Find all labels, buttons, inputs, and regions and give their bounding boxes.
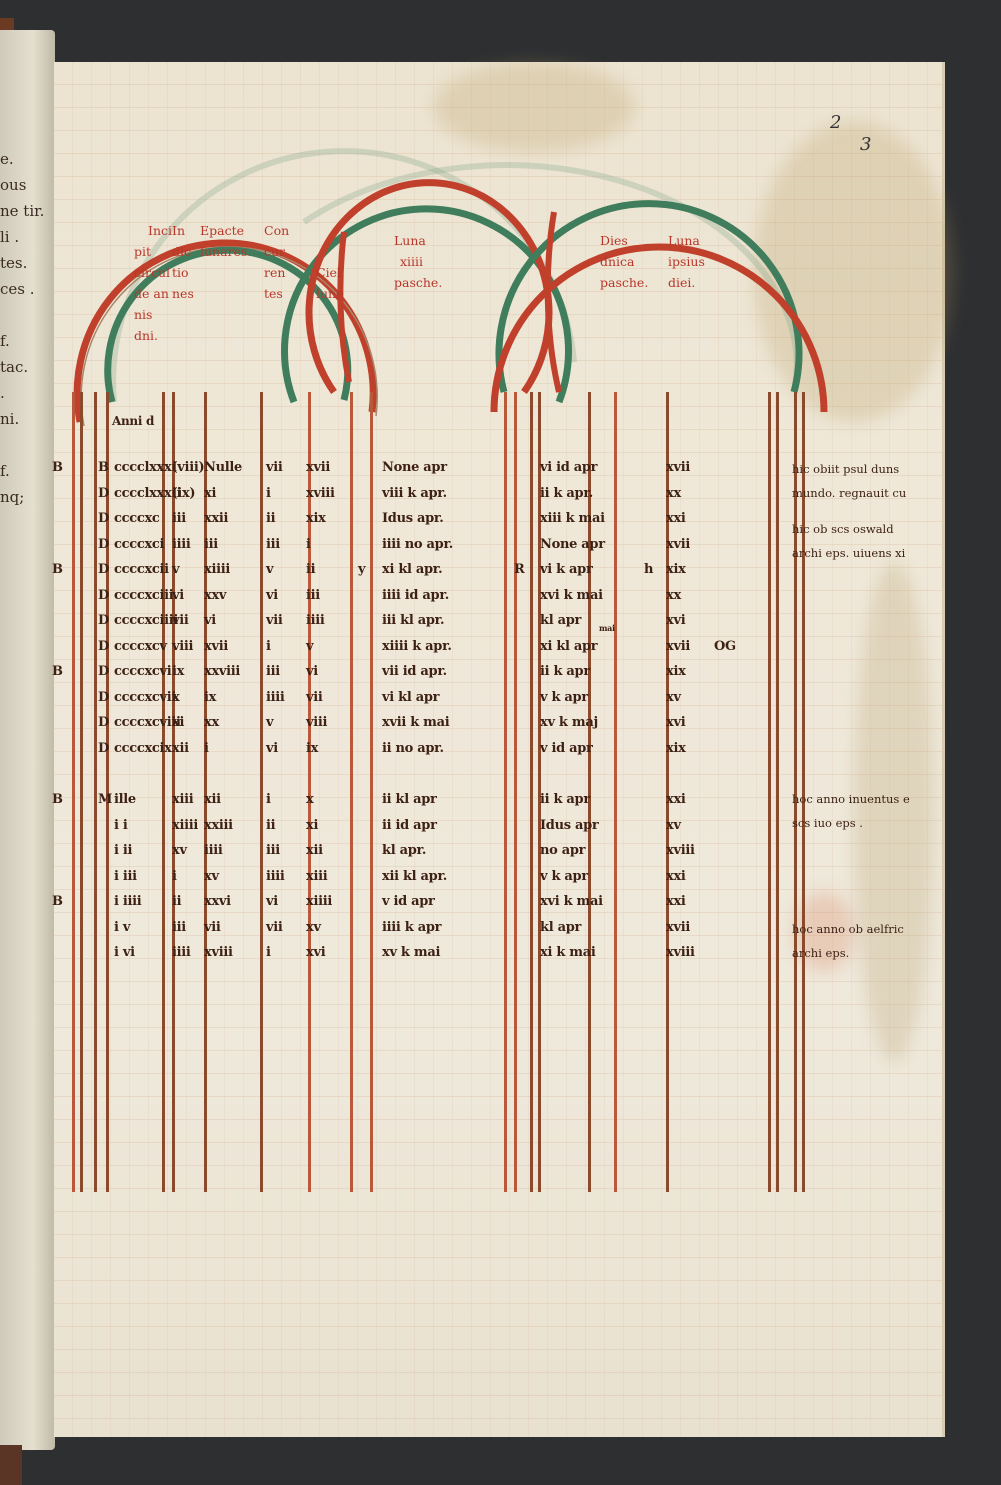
cell-ind: iiii — [172, 537, 191, 552]
cell-luna: xv — [666, 690, 681, 705]
cell-conc: iiii — [266, 690, 285, 705]
cell-cycle: ix — [306, 741, 318, 756]
cell-easter: None apr — [540, 537, 605, 552]
cell-epact: xxv — [204, 588, 226, 603]
header-line: Epacte — [200, 220, 251, 241]
cell-letter: D — [98, 613, 109, 628]
column-rule — [370, 392, 373, 1192]
column-rule — [350, 392, 353, 1192]
cell-ind: xv — [172, 843, 187, 858]
verso-text-line: li . — [0, 228, 19, 246]
cell-cycle: xv — [306, 920, 321, 935]
cell-easter: xi k mai — [540, 945, 595, 960]
column-rule — [80, 392, 83, 1192]
cell-year: ccccxcix — [114, 741, 172, 756]
cell-year: cccclxxx(viii) — [114, 460, 204, 475]
verso-text-line: f. — [0, 332, 10, 350]
cell-year: ccccxcv — [114, 639, 167, 654]
column-rule — [94, 392, 97, 1192]
cell-epact: xii — [204, 792, 221, 807]
header-line: nes — [172, 283, 194, 304]
verso-text-line: e. — [0, 150, 14, 168]
verso-text-line: tes. — [0, 254, 27, 272]
cell-epact: xi — [204, 486, 216, 501]
cell-easter: xv k maj — [540, 715, 598, 730]
cell-mark: B — [52, 562, 63, 577]
cell-side-right2: OG — [714, 639, 736, 654]
cell-ind: xiiii — [172, 818, 198, 833]
cell-conc: i — [266, 639, 271, 654]
cell-side-right: h — [644, 562, 653, 577]
cell-luna: xv — [666, 818, 681, 833]
cell-epact: Nulle — [204, 460, 242, 475]
marginal-note-line: hic ob scs oswald — [792, 522, 894, 536]
cell-ind: ii — [172, 894, 181, 909]
cell-epact: xiiii — [204, 562, 230, 577]
cell-year: ccccxciii — [114, 588, 173, 603]
cell-luna: xviii — [666, 843, 695, 858]
cell-conc: vii — [266, 613, 283, 628]
cell-conc: vii — [266, 920, 283, 935]
cell-easter: Idus apr — [540, 818, 598, 833]
cell-epact: iii — [204, 537, 218, 552]
column-rule — [162, 392, 165, 1192]
cell-luna14: kl apr. — [382, 843, 426, 858]
cell-cycle: v — [306, 639, 313, 654]
column-rule — [776, 392, 779, 1192]
cell-luna14: xv k mai — [382, 945, 440, 960]
cell-conc: iii — [266, 843, 280, 858]
column-rule — [504, 392, 507, 1192]
cell-conc: v — [266, 715, 273, 730]
cell-ind: ii — [172, 486, 181, 501]
cell-conc: iii — [266, 664, 280, 679]
header-line: diei. — [668, 272, 705, 293]
cell-ind: xi — [172, 715, 184, 730]
header-indictiones: In dic tio nes — [172, 220, 194, 304]
header-line: dic — [172, 241, 194, 262]
cell-conc: iii — [266, 537, 280, 552]
cell-conc: i — [266, 792, 271, 807]
cell-mark: B — [52, 894, 63, 909]
cell-epact: xvii — [204, 639, 228, 654]
cell-luna14: Idus apr. — [382, 511, 443, 526]
cell-easter: v k apr — [540, 690, 588, 705]
cell-luna: xix — [666, 664, 686, 679]
cell-conc: vi — [266, 588, 278, 603]
cell-cycle: xiiii — [306, 894, 332, 909]
cell-luna14: v id apr — [382, 894, 435, 909]
cell-luna14: iiii id apr. — [382, 588, 449, 603]
cell-letter: D — [98, 690, 109, 705]
cell-mark: B — [52, 792, 63, 807]
cell-cycle: xiii — [306, 869, 327, 884]
cell-letter: D — [98, 639, 109, 654]
cell-epact: ix — [204, 690, 216, 705]
cell-easter: kl apr — [540, 613, 581, 628]
cell-ind: vi — [172, 588, 184, 603]
cell-luna: xxi — [666, 792, 686, 807]
verso-text-line: . — [0, 384, 5, 402]
cell-easter: vi id apr — [540, 460, 597, 475]
cell-ind: xii — [172, 741, 189, 756]
cell-easter: ii k apr — [540, 664, 590, 679]
cell-luna14: xii kl apr. — [382, 869, 447, 884]
verso-text-line: ous — [0, 176, 26, 194]
cell-luna14: iiii no apr. — [382, 537, 453, 552]
cell-year: ille — [114, 792, 136, 807]
cell-luna14: iiii k apr — [382, 920, 441, 935]
header-line: pit — [134, 241, 172, 262]
cell-luna14: viii k apr. — [382, 486, 447, 501]
column-rule — [72, 392, 75, 1192]
cell-letter: D — [98, 562, 109, 577]
cell-luna14: ii no apr. — [382, 741, 444, 756]
column-rule — [614, 392, 617, 1192]
cell-luna14: iii kl apr. — [382, 613, 444, 628]
verso-text-line: ne tir. — [0, 202, 44, 220]
verso-text-line: f. — [0, 462, 10, 480]
cell-ind: ix — [172, 664, 184, 679]
header-line: cur — [264, 241, 289, 262]
cell-letter: D — [98, 741, 109, 756]
cell-cycle: xix — [306, 511, 326, 526]
verso-text-line: nq; — [0, 488, 24, 506]
header-line: Luna — [394, 230, 442, 251]
cell-luna: xix — [666, 741, 686, 756]
cell-year: ccccxcvii — [114, 690, 176, 705]
cell-year: i iii — [114, 869, 137, 884]
cell-conc: vi — [266, 741, 278, 756]
cell-cycle: i — [306, 537, 311, 552]
cell-conc: v — [266, 562, 273, 577]
header-line: dnica — [600, 251, 648, 272]
cell-luna: xvii — [666, 460, 690, 475]
cell-year: ccccxcvi — [114, 664, 171, 679]
cell-ind: v — [172, 562, 179, 577]
cell-luna14: None apr — [382, 460, 447, 475]
cell-ind: i — [172, 460, 177, 475]
cell-cycle: xvi — [306, 945, 325, 960]
header-line: lune — [316, 283, 344, 304]
cell-luna14: xi kl apr. — [382, 562, 442, 577]
cell-year: i vi — [114, 945, 135, 960]
marginal-note-line: hoc anno ob aelfric — [792, 922, 904, 936]
cell-luna: xxi — [666, 894, 686, 909]
cell-letter: M — [98, 792, 112, 807]
header-line: In — [172, 220, 194, 241]
cell-conc: i — [266, 945, 271, 960]
marginal-note-line: archi eps. — [792, 946, 849, 960]
header-epacte-lunares: Epacte lunares. — [200, 220, 251, 262]
cell-epact: xxii — [204, 511, 228, 526]
header-line: pasche. — [600, 272, 648, 293]
manuscript-folio: 2 3 Inci pit circul de an nis dni. In di… — [54, 62, 945, 1437]
cell-cycle: xii — [306, 843, 323, 858]
cell-ind: vii — [172, 613, 189, 628]
marginal-note-line: hic obiit psul duns — [792, 462, 899, 476]
verso-text-line: ni. — [0, 410, 19, 428]
verso-text-line: ces . — [0, 280, 35, 298]
cell-luna: xvi — [666, 613, 685, 628]
cell-luna14: ii id apr — [382, 818, 437, 833]
cell-side-left: y — [358, 562, 365, 577]
cell-epact: vi — [204, 613, 216, 628]
cell-year: ccccxc — [114, 511, 160, 526]
cell-epact: xv — [204, 869, 219, 884]
cell-luna14: vii id apr. — [382, 664, 447, 679]
header-line: ren — [264, 262, 289, 283]
cell-easter: xi kl apr — [540, 639, 597, 654]
cell-easter: xvi k mai — [540, 894, 603, 909]
cell-cycle: iii — [306, 588, 320, 603]
marginal-note-line: scs iuo eps . — [792, 816, 863, 830]
header-line: Ciel — [316, 262, 344, 283]
header-dies-dominica-pasche: Dies dnica pasche. — [600, 230, 648, 293]
cell-luna: xxi — [666, 511, 686, 526]
cell-year: i iiii — [114, 894, 141, 909]
cell-ind: iiii — [172, 945, 191, 960]
cell-ind: i — [172, 869, 177, 884]
cell-epact: xxviii — [204, 664, 240, 679]
cell-easter-note: mai — [599, 623, 615, 633]
cell-mark: B — [52, 664, 63, 679]
cell-cycle: xviii — [306, 486, 335, 501]
cell-luna: xix — [666, 562, 686, 577]
marginal-note-line: archi eps. uiuens xi — [792, 546, 905, 560]
cell-cycle: vi — [306, 664, 318, 679]
cell-epact: xxvi — [204, 894, 231, 909]
cell-letter: D — [98, 588, 109, 603]
cell-epact: xx — [204, 715, 219, 730]
header-line: lunares. — [200, 241, 251, 262]
header-line: Inci — [134, 220, 172, 241]
cell-cycle: xvii — [306, 460, 330, 475]
cell-epact: xviii — [204, 945, 233, 960]
cell-epact: vii — [204, 920, 221, 935]
column-rule — [260, 392, 263, 1192]
binding-edge-bottom — [0, 1445, 22, 1485]
cell-luna: xvi — [666, 715, 685, 730]
cell-letter: D — [98, 664, 109, 679]
cell-luna: xx — [666, 486, 681, 501]
cell-cycle: iiii — [306, 613, 325, 628]
header-concurrentes: Con cur ren tes — [264, 220, 289, 304]
cell-side-mid: R — [514, 562, 525, 577]
cell-cycle: x — [306, 792, 313, 807]
header-line: ipsius — [668, 251, 705, 272]
cell-easter: ii k apr — [540, 792, 590, 807]
cell-year: ccccxcviii — [114, 715, 181, 730]
cell-easter: xvi k mai — [540, 588, 603, 603]
column-rule — [768, 392, 771, 1192]
cell-year: cccclxxx(ix) — [114, 486, 195, 501]
cell-conc: vi — [266, 894, 278, 909]
cell-easter: v k apr — [540, 869, 588, 884]
cell-year: i v — [114, 920, 130, 935]
cell-cycle: xi — [306, 818, 318, 833]
cell-year: ccccxci — [114, 537, 164, 552]
cell-luna14: vi kl apr — [382, 690, 439, 705]
cell-ind: x — [172, 690, 179, 705]
cell-ind: iii — [172, 920, 186, 935]
header-incipit-circulus: Inci pit circul de an nis dni. — [134, 220, 172, 346]
cell-luna14: xvii k mai — [382, 715, 449, 730]
header-line: xiiii — [394, 251, 442, 272]
cell-conc: ii — [266, 511, 275, 526]
cell-epact: i — [204, 741, 209, 756]
cell-luna: xxi — [666, 869, 686, 884]
cell-year: i i — [114, 818, 128, 833]
header-line: nis — [134, 304, 172, 325]
header-cicli-lune: Ciel lune — [316, 262, 344, 304]
cell-letter: B — [98, 460, 109, 475]
cell-conc: ii — [266, 818, 275, 833]
facing-page-fragment: e.ousne tir.li .tes.ces .f.tac..ni.f.nq; — [0, 30, 55, 1450]
cell-easter: ii k apr. — [540, 486, 593, 501]
cell-ind: viii — [172, 639, 193, 654]
cell-easter: no apr — [540, 843, 585, 858]
column-rule — [514, 392, 517, 1192]
cell-conc: vii — [266, 460, 283, 475]
marginal-note-line: hoc anno inuentus e — [792, 792, 910, 806]
cell-luna: xx — [666, 588, 681, 603]
anni-domini-label: Anni d — [112, 414, 154, 428]
cell-luna: xviii — [666, 945, 695, 960]
header-line: Dies — [600, 230, 648, 251]
cell-letter: D — [98, 715, 109, 730]
cell-easter: kl apr — [540, 920, 581, 935]
header-line: tio — [172, 262, 194, 283]
cell-luna14: ii kl apr — [382, 792, 437, 807]
cell-ind: iii — [172, 511, 186, 526]
cell-year: ccccxcii — [114, 562, 169, 577]
header-line: dni. — [134, 325, 172, 346]
cell-epact: iiii — [204, 843, 223, 858]
header-line: circul — [134, 262, 172, 283]
cell-ind: xiii — [172, 792, 193, 807]
cell-cycle: viii — [306, 715, 327, 730]
cell-cycle: vii — [306, 690, 323, 705]
header-line: de an — [134, 283, 172, 304]
cell-mark: B — [52, 460, 63, 475]
cell-letter: D — [98, 486, 109, 501]
header-luna-ipsius-diei: Luna ipsius diei. — [668, 230, 705, 293]
header-line: tes — [264, 283, 289, 304]
header-luna-xiiii-pasche: Luna xiiii pasche. — [394, 230, 442, 293]
cell-cycle: ii — [306, 562, 315, 577]
cell-luna: xvii — [666, 920, 690, 935]
cell-conc: iiii — [266, 869, 285, 884]
cell-easter: xiii k mai — [540, 511, 605, 526]
cell-year: i ii — [114, 843, 132, 858]
column-rule — [530, 392, 533, 1192]
header-line: Con — [264, 220, 289, 241]
cell-luna: xvii — [666, 639, 690, 654]
cell-epact: xxiii — [204, 818, 233, 833]
cell-conc: i — [266, 486, 271, 501]
cell-easter: vi k apr — [540, 562, 593, 577]
cell-year: ccccxciiii — [114, 613, 178, 628]
header-line: pasche. — [394, 272, 442, 293]
cell-luna14: xiiii k apr. — [382, 639, 452, 654]
marginal-note-line: mundo. regnauit cu — [792, 486, 906, 500]
cell-letter: D — [98, 537, 109, 552]
cell-easter: v id apr — [540, 741, 593, 756]
cell-letter: D — [98, 511, 109, 526]
header-line: Luna — [668, 230, 705, 251]
verso-text-line: tac. — [0, 358, 28, 376]
cell-luna: xvii — [666, 537, 690, 552]
